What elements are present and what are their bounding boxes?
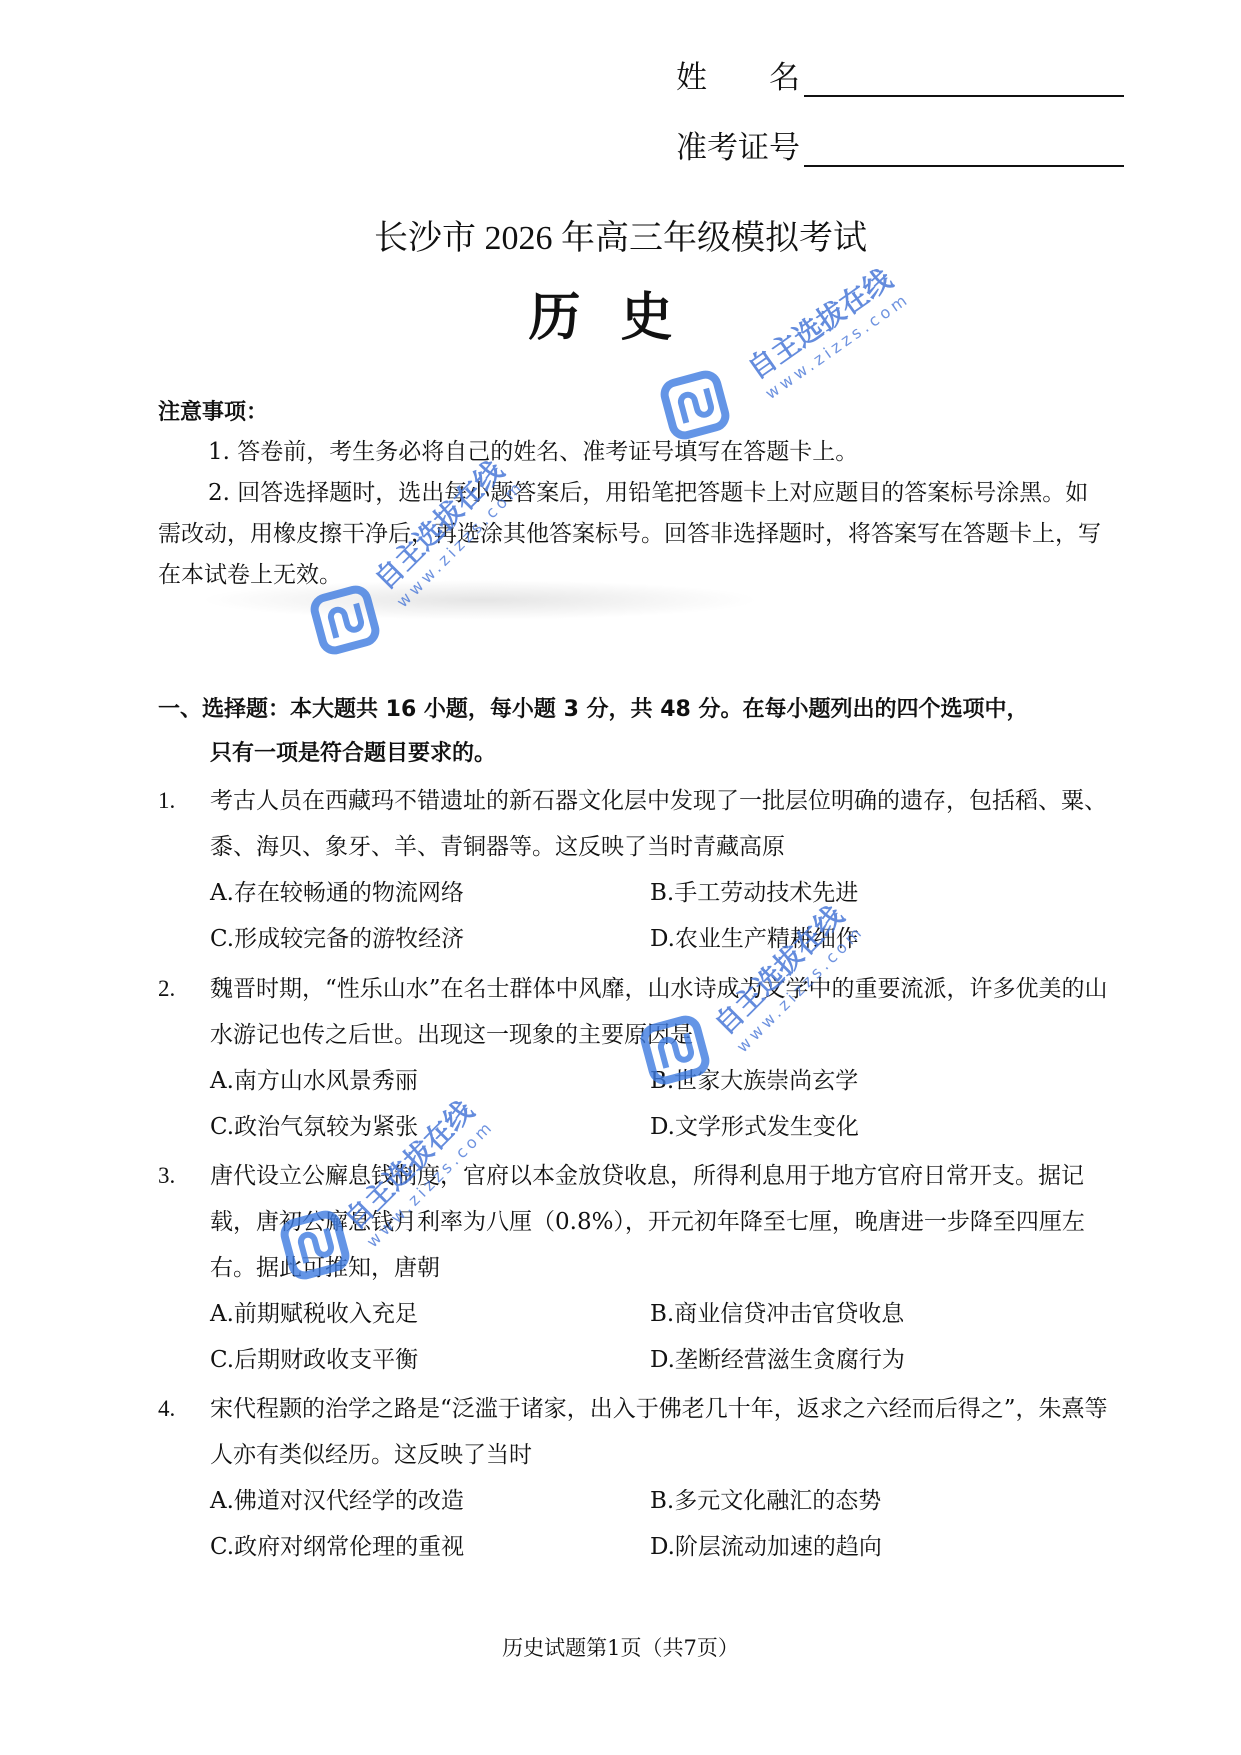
subject-title: 历史	[0, 275, 1241, 350]
question-2: 2. 魏晋时期，“性乐山水”在名士群体中风靡，山水诗成为文学中的重要流派，许多优…	[158, 966, 1108, 1150]
name-blank	[804, 63, 1124, 97]
scan-smudge	[200, 580, 760, 620]
question-number: 3.	[158, 1153, 210, 1291]
option-c: C.政治气氛较为紧张	[210, 1104, 650, 1150]
question-stem: 唐代设立公廨息钱制度，官府以本金放贷收息，所得利息用于地方官府日常开支。据记载，…	[210, 1153, 1108, 1291]
option-b: B.世家大族崇尚玄学	[650, 1058, 1090, 1104]
question-number: 4.	[158, 1386, 210, 1478]
question-number: 1.	[158, 778, 210, 870]
section-heading: 一、选择题：本大题共 16 小题，每小题 3 分，共 48 分。在每小题列出的四…	[158, 688, 1029, 776]
options: A.前期赋税收入充足 B.商业信贷冲击官贷收息 C.后期财政收支平衡 D.垄断经…	[158, 1291, 1108, 1383]
exam-id-field: 准考证号	[676, 122, 1124, 167]
question-3: 3. 唐代设立公廨息钱制度，官府以本金放贷收息，所得利息用于地方官府日常开支。据…	[158, 1153, 1108, 1383]
question-stem: 考古人员在西藏玛不错遗址的新石器文化层中发现了一批层位明确的遗存，包括稻、粟、黍…	[210, 778, 1108, 870]
notice-heading: 注意事项：	[158, 395, 268, 426]
option-c: C.形成较完备的游牧经济	[210, 916, 650, 962]
exam-title: 长沙市 2026 年高三年级模拟考试	[0, 210, 1241, 259]
options: A.佛道对汉代经学的改造 B.多元文化融汇的态势 C.政府对纲常伦理的重视 D.…	[158, 1478, 1108, 1570]
notice-item-1: 1. 答卷前，考生务必将自己的姓名、准考证号填写在答题卡上。	[158, 432, 1102, 473]
question-stem: 魏晋时期，“性乐山水”在名士群体中风靡，山水诗成为文学中的重要流派，许多优美的山…	[210, 966, 1108, 1058]
option-a: A.前期赋税收入充足	[210, 1291, 650, 1337]
options: A.南方山水风景秀丽 B.世家大族崇尚玄学 C.政治气氛较为紧张 D.文学形式发…	[158, 1058, 1108, 1150]
name-label: 姓 名	[676, 52, 800, 97]
option-c: C.政府对纲常伦理的重视	[210, 1524, 650, 1570]
option-c: C.后期财政收支平衡	[210, 1337, 650, 1383]
question-stem: 宋代程颢的治学之路是“泛滥于诸家，出入于佛老几十年，返求之六经而后得之”，朱熹等…	[210, 1386, 1108, 1478]
option-b: B.商业信贷冲击官贷收息	[650, 1291, 1090, 1337]
option-d: D.垄断经营滋生贪腐行为	[650, 1337, 1090, 1383]
options: A.存在较畅通的物流网络 B.手工劳动技术先进 C.形成较完备的游牧经济 D.农…	[158, 870, 1108, 962]
option-d: D.阶层流动加速的趋向	[650, 1524, 1090, 1570]
question-number: 2.	[158, 966, 210, 1058]
option-b: B.多元文化融汇的态势	[650, 1478, 1090, 1524]
exam-id-blank	[804, 133, 1124, 167]
exam-id-label: 准考证号	[676, 122, 800, 167]
page-footer: 历史试题第1页（共7页）	[0, 1632, 1241, 1662]
name-field: 姓 名	[676, 52, 1124, 97]
question-4: 4. 宋代程颢的治学之路是“泛滥于诸家，出入于佛老几十年，返求之六经而后得之”，…	[158, 1386, 1108, 1570]
notice-item-2: 2. 回答选择题时，选出每小题答案后，用铅笔把答题卡上对应题目的答案标号涂黑。如…	[158, 473, 1102, 596]
question-1: 1. 考古人员在西藏玛不错遗址的新石器文化层中发现了一批层位明确的遗存，包括稻、…	[158, 778, 1108, 962]
option-d: D.文学形式发生变化	[650, 1104, 1090, 1150]
option-d: D.农业生产精耕细作	[650, 916, 1090, 962]
option-b: B.手工劳动技术先进	[650, 870, 1090, 916]
option-a: A.佛道对汉代经学的改造	[210, 1478, 650, 1524]
option-a: A.南方山水风景秀丽	[210, 1058, 650, 1104]
option-a: A.存在较畅通的物流网络	[210, 870, 650, 916]
